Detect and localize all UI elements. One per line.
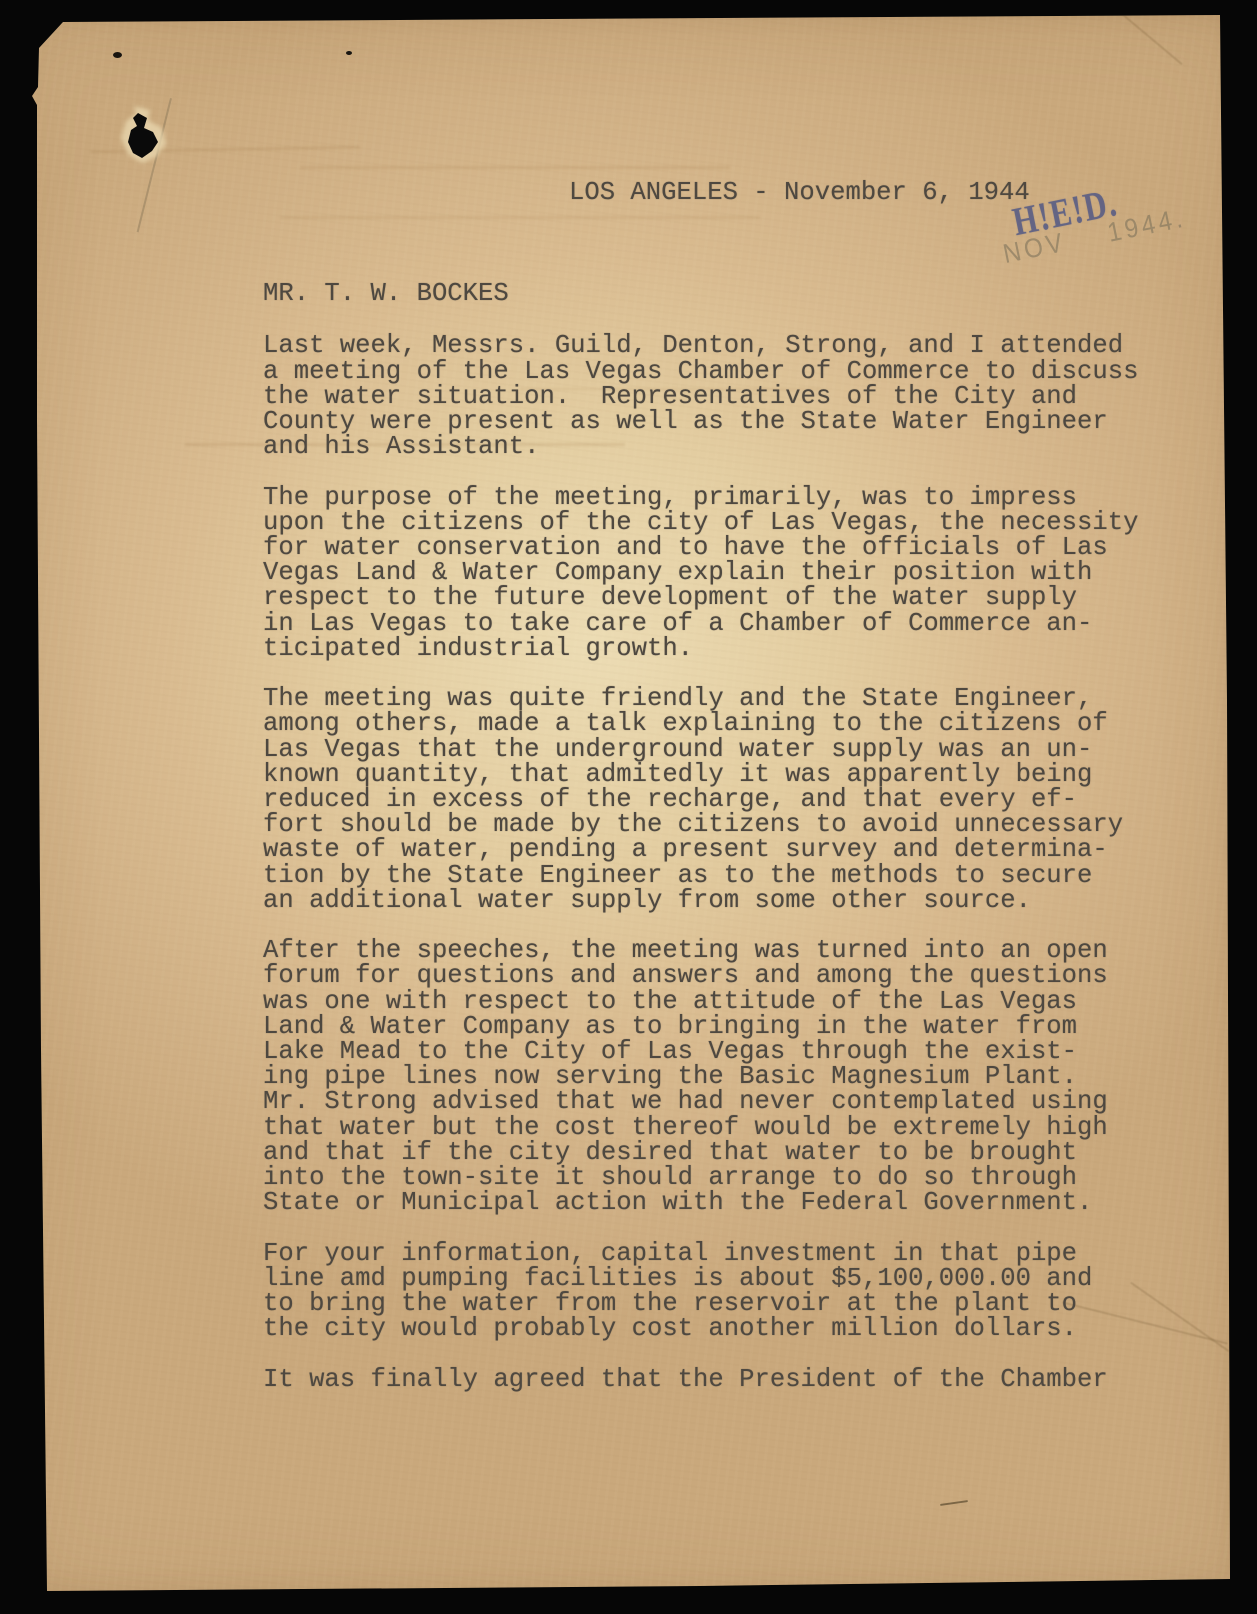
- crease-line: [1097, 0, 1182, 65]
- paragraph-6: It was finally agreed that the President…: [263, 1367, 1163, 1392]
- paragraph-4: After the speeches, the meeting was turn…: [263, 938, 1163, 1215]
- paragraph-5: For your information, capital investment…: [263, 1241, 1163, 1342]
- paper-speck: [113, 52, 122, 58]
- torn-hole: [100, 90, 190, 180]
- paper-streak: [300, 166, 730, 169]
- paragraph-1: Last week, Messrs. Guild, Denton, Strong…: [263, 333, 1163, 459]
- letter-page: LOS ANGELES - November 6, 1944 MR. T. W.…: [0, 0, 1257, 1614]
- scan-background: LOS ANGELES - November 6, 1944 MR. T. W.…: [0, 0, 1257, 1614]
- paper-speck: [346, 51, 352, 55]
- recipient-name: MR. T. W. BOCKES: [263, 281, 1163, 306]
- letter-body: LOS ANGELES - November 6, 1944 MR. T. W.…: [263, 180, 1163, 1392]
- paragraph-3: The meeting was quite friendly and the S…: [263, 686, 1163, 913]
- paragraph-2: The purpose of the meeting, primarily, w…: [263, 485, 1163, 661]
- paper-fiber: [940, 1500, 968, 1506]
